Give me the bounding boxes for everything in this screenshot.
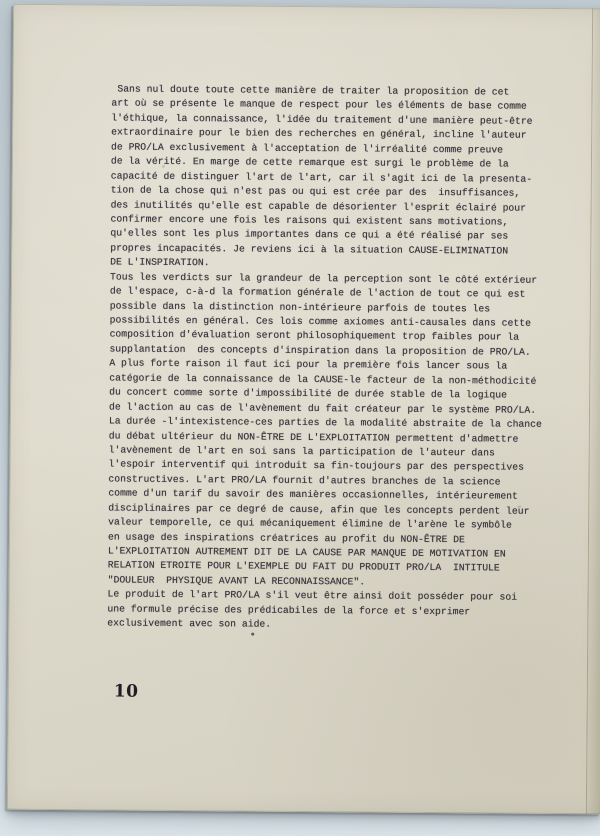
- book-page: Sans nul doute toute cette manière de tr…: [7, 4, 600, 815]
- paper-speck: [251, 633, 254, 636]
- paper-speck: [517, 506, 521, 508]
- photo-backdrop: Sans nul doute toute cette manière de tr…: [0, 0, 600, 836]
- paper-speck: [432, 206, 435, 208]
- page-number: 10: [114, 681, 139, 701]
- page-text: Sans nul doute toute cette manière de tr…: [107, 82, 563, 634]
- book-fore-edge: [586, 8, 600, 814]
- paper-speck: [162, 165, 165, 168]
- text-line: exclusivement avec son aide.: [107, 617, 559, 635]
